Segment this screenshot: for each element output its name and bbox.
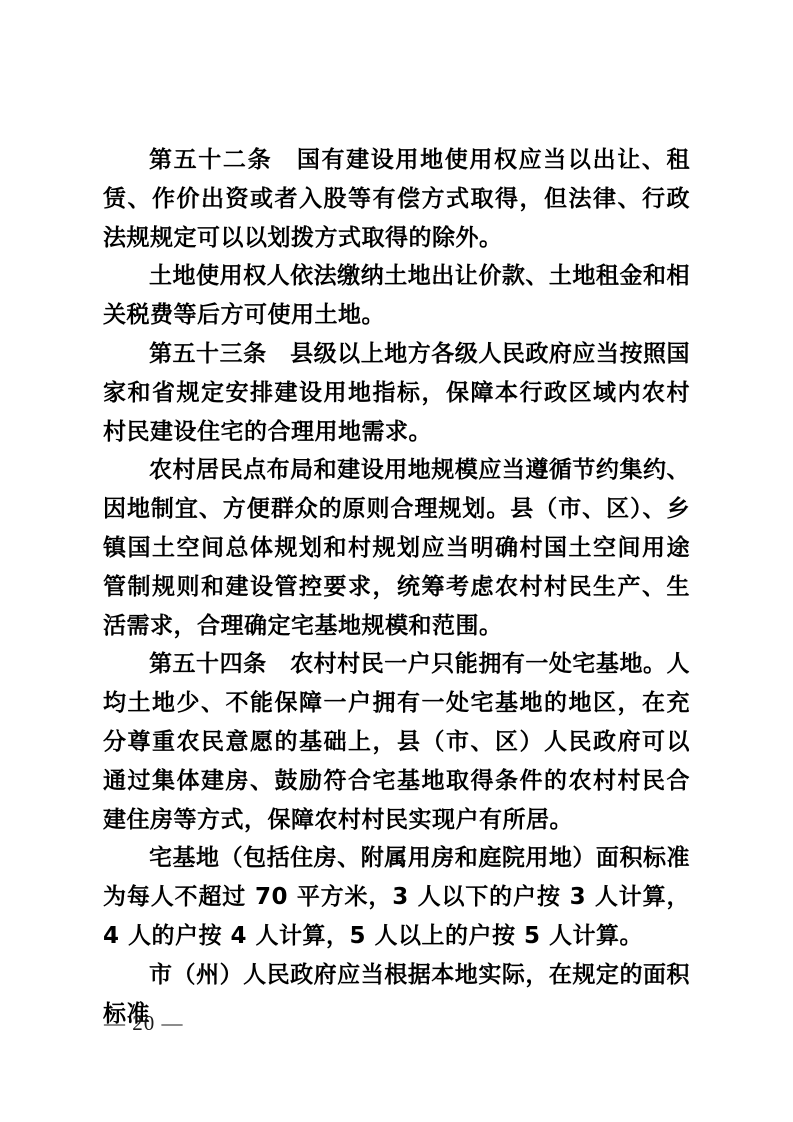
paragraph: 宅基地（包括住房、附属用房和庭院用地）面积标准为每人不超过 70 平方米，3 人… — [103, 839, 690, 955]
paragraph: 农村居民点布局和建设用地规模应当遵循节约集约、因地制宜、方便群众的原则合理规划。… — [103, 451, 690, 645]
page-number: — 20 — — [104, 1008, 184, 1038]
paragraph: 市（州）人民政府应当根据本地实际，在规定的面积标准 — [103, 956, 690, 1034]
paragraph-article-54: 第五十四条 农村村民一户只能拥有一处宅基地。人均土地少、不能保障一户拥有一处宅基… — [103, 645, 690, 839]
document-body: 第五十二条 国有建设用地使用权应当以出让、租赁、作价出资或者入股等有偿方式取得，… — [103, 141, 690, 1033]
paragraph-article-53: 第五十三条 县级以上地方各级人民政府应当按照国家和省规定安排建设用地指标，保障本… — [103, 335, 690, 451]
paragraph: 土地使用权人依法缴纳土地出让价款、土地租金和相关税费等后方可使用土地。 — [103, 257, 690, 335]
paragraph-article-52: 第五十二条 国有建设用地使用权应当以出让、租赁、作价出资或者入股等有偿方式取得，… — [103, 141, 690, 257]
document-page: 第五十二条 国有建设用地使用权应当以出让、租赁、作价出资或者入股等有偿方式取得，… — [0, 0, 793, 1122]
